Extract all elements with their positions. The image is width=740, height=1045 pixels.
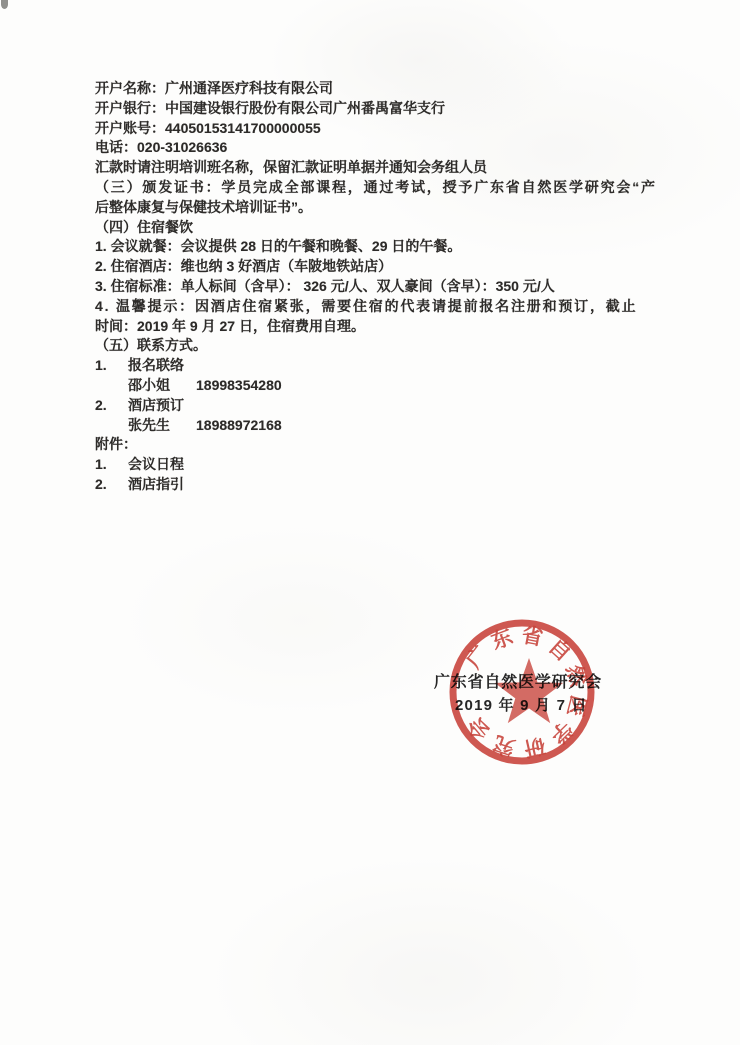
line-text: （四）住宿餐饮 [95, 219, 193, 235]
line-text: 1. 会议就餐：会议提供 28 日的午餐和晚餐、29 日的午餐。 [95, 238, 461, 254]
doc-line: 张先生18988972168 [128, 416, 652, 436]
doc-line: （三）颁发证书：学员完成全部课程，通过考试，授予广东省自然医学研究会“产 [95, 178, 652, 198]
line-text: 汇款时请注明培训班名称，保留汇款证明单据并通知会务组人员 [95, 159, 487, 175]
doc-line: 开户名称：广州通泽医疗科技有限公司 [95, 79, 652, 99]
seal-ring-char: 医 [562, 693, 590, 719]
line-text: 4. 温馨提示：因酒店住宿紧张，需要住宿的代表请提前报名注册和预订，截止 [95, 298, 637, 314]
doc-line: 1.报名联络 [95, 356, 652, 376]
line-text: 3. 住宿标准：单人标间（含早）： 326 元/人、双人豪间（含早）：350 元… [95, 278, 555, 294]
line-number: 1. [95, 356, 128, 376]
doc-line: 2.酒店指引 [95, 475, 652, 495]
doc-line: 电话：020-31026636 [95, 138, 652, 158]
doc-line: 开户账号：44050153141700000055 [95, 119, 652, 139]
doc-line: 2. 住宿酒店：维也纳 3 好酒店（车陂地铁站店） [95, 257, 652, 277]
scanned-document-page: { "colors": { "seal_red": "#c9423a", "te… [0, 0, 740, 1045]
line-number: 2. [95, 396, 128, 416]
doc-line: 附件： [95, 435, 652, 455]
doc-line: （四）住宿餐饮 [95, 218, 652, 238]
doc-line: 1.会议日程 [95, 455, 652, 475]
seal-star-icon [495, 658, 563, 723]
doc-line: 4. 温馨提示：因酒店住宿紧张，需要住宿的代表请提前报名注册和预订，截止 [95, 297, 652, 317]
line-text: 时间：2019 年 9 月 27 日，住宿费用自理。 [95, 318, 365, 334]
doc-line: 2.酒店预订 [95, 396, 652, 416]
doc-line: 汇款时请注明培训班名称，保留汇款证明单据并通知会务组人员 [95, 158, 652, 178]
line-text: 报名联络 [128, 357, 184, 373]
doc-line: 1. 会议就餐：会议提供 28 日的午餐和晚餐、29 日的午餐。 [95, 237, 652, 257]
doc-line: （五）联系方式。 [95, 336, 652, 356]
line-text: （五）联系方式。 [95, 337, 207, 353]
seal-ring-char: 省 [520, 623, 545, 650]
phone-number: 18988972168 [196, 417, 282, 433]
doc-line: 开户银行：中国建设银行股份有限公司广州番禺富华支行 [95, 99, 652, 119]
line-number: 1. [95, 455, 128, 475]
line-number: 2. [95, 475, 128, 495]
doc-line: 后整体康复与保健技术培训证书”。 [95, 198, 652, 218]
phone-number: 18998354280 [196, 377, 282, 393]
document-text-block: 开户名称：广州通泽医疗科技有限公司开户银行：中国建设银行股份有限公司广州番禺富华… [95, 79, 652, 495]
doc-line: 邵小姐18998354280 [128, 376, 652, 396]
line-text: 2. 住宿酒店：维也纳 3 好酒店（车陂地铁站店） [95, 258, 392, 274]
line-text: 后整体康复与保健技术培训证书”。 [95, 199, 312, 215]
line-text: 会议日程 [128, 456, 184, 472]
doc-line: 3. 住宿标准：单人标间（含早）： 326 元/人、双人豪间（含早）：350 元… [95, 277, 652, 297]
line-text: 电话：020-31026636 [95, 139, 227, 155]
line-text: 张先生 [128, 417, 170, 433]
line-text: 酒店预订 [128, 397, 184, 413]
line-text: 邵小姐 [128, 377, 170, 393]
line-text: 附件： [95, 436, 137, 452]
doc-line: 时间：2019 年 9 月 27 日，住宿费用自理。 [95, 317, 652, 337]
line-text: 酒店指引 [128, 476, 184, 492]
line-text: 开户银行：中国建设银行股份有限公司广州番禺富华支行 [95, 100, 445, 116]
seal-ring-char: 研 [522, 733, 548, 760]
scan-corner-speck [1, 0, 8, 9]
line-text: 开户账号：44050153141700000055 [95, 120, 321, 136]
official-seal-stamp: 广东省自然医学研究会 [427, 597, 617, 787]
line-text: （三）颁发证书：学员完成全部课程，通过考试，授予广东省自然医学研究会“产 [95, 179, 657, 195]
line-text: 开户名称：广州通泽医疗科技有限公司 [95, 80, 333, 96]
